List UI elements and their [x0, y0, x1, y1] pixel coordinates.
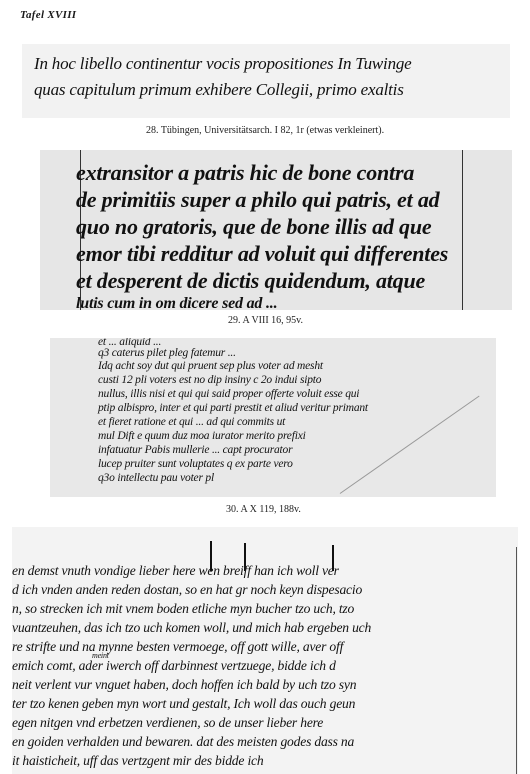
script-line: neit verlent vur vnguet haben, doch hoff…	[12, 677, 518, 693]
script-line: en goiden verhalden und bewaren. dat des…	[12, 734, 518, 750]
script-line: mul Dift e quum duz moa iurator merito p…	[50, 430, 496, 442]
script-line: lucep pruiter sunt voluptates q ex parte…	[50, 458, 496, 470]
script-line: emich comt, ader iwerch off darbinnest v…	[12, 658, 518, 674]
page-edge	[516, 547, 517, 774]
script-line: ptip albispro, inter et qui parti presti…	[50, 402, 496, 414]
script-line: In hoc libello continentur vocis proposi…	[22, 54, 510, 74]
script-line: extransitor a patris hic de bone contra	[40, 160, 512, 186]
script-line: quas capitulum primum exhibere Collegii,…	[22, 80, 510, 100]
script-line: lutis cum in om dicere sed ad ...	[40, 295, 512, 310]
script-line: nullus, illis nisi et qui qui said prope…	[50, 388, 496, 400]
script-line: custi 12 pli voters est no dip insiny c …	[50, 374, 496, 386]
manuscript-image-28: In hoc libello continentur vocis proposi…	[22, 44, 510, 118]
script-line: d ich vnden anden reden dostan, so en ha…	[12, 582, 518, 598]
script-line: Idq acht soy dut qui pruent sep plus vot…	[50, 360, 496, 372]
script-line: quo no gratoris, que de bone illis ad qu…	[40, 214, 512, 240]
script-line: q3 caterus pilet pleg fatemur ...	[50, 347, 496, 359]
script-line: q3o intellectu pau voter pl	[50, 472, 496, 484]
caption-30: 30. A X 119, 188v.	[226, 504, 301, 515]
plate-title: Tafel XVIII	[20, 9, 76, 21]
script-line: et fieret ratione et qui ... ad qui comm…	[50, 416, 496, 428]
script-line: it haisticheit, uff das vertzgent mir de…	[12, 753, 518, 769]
manuscript-image-29: extransitor a patris hic de bone contra …	[40, 150, 512, 310]
manuscript-image-30: et ... aliquid ... q3 caterus pilet pleg…	[50, 338, 496, 497]
caption-28: 28. Tübingen, Universitätsarch. I 82, 1r…	[146, 125, 384, 136]
script-line: en demst vnuth vondige lieber here wen b…	[12, 563, 518, 579]
script-line: et desperent de dictis quidendum, atque	[40, 268, 512, 294]
script-line: infatuatur Pabis mullerie ... capt procu…	[50, 444, 496, 456]
script-line: de primitiis super a philo qui patris, e…	[40, 187, 512, 213]
script-line: vuantzeuhen, das ich tzo uch komen woll,…	[12, 620, 518, 636]
script-line: egen nitgen vnd erbetzen verdienen, so d…	[12, 715, 518, 731]
script-line: emor tibi redditur ad voluit qui differe…	[40, 241, 512, 267]
script-line: ter tzo kenen geben myn wort und gestalt…	[12, 696, 518, 712]
script-line: n, so strecken ich mit vnem boden etlich…	[12, 601, 518, 617]
caption-29: 29. A VIII 16, 95v.	[228, 315, 303, 326]
manuscript-image-31: en demst vnuth vondige lieber here wen b…	[12, 527, 518, 774]
